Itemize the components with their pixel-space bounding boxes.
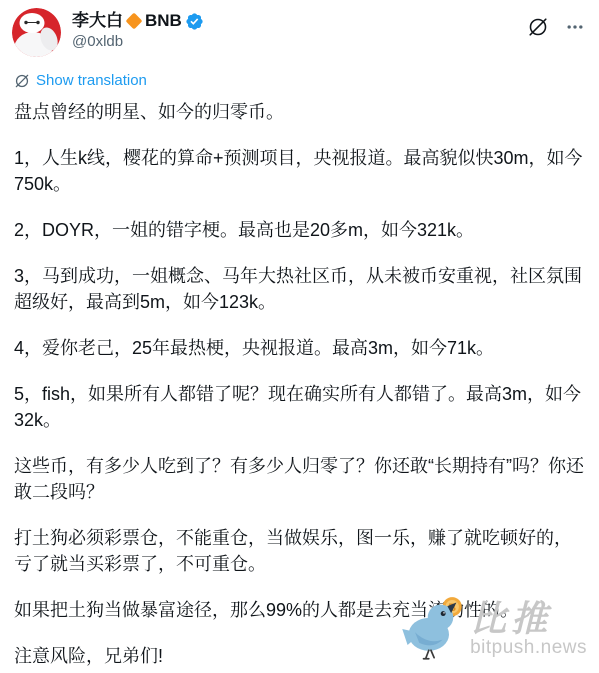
display-name-prefix: 李大白 (72, 11, 123, 31)
tweet-card: 李大白 BNB @0xldb (0, 0, 599, 673)
tweet-paragraph: 注意风险，兄弟们! (14, 643, 585, 669)
tweet-paragraph: 3，马到成功，一姐概念、马年大热社区币，从未被币安重视，社区氛围超级好，最高到5… (14, 263, 585, 315)
show-translation-label: Show translation (36, 71, 147, 91)
header-actions (527, 8, 585, 38)
more-ellipsis-icon[interactable] (565, 17, 585, 37)
grok-icon[interactable] (527, 16, 549, 38)
tweet-paragraph: 打土狗必须彩票仓，不能重仓，当做娱乐，图一乐，赚了就吃顿好的，亏了就当买彩票了，… (14, 525, 585, 577)
grok-translate-icon (14, 73, 30, 89)
tweet-paragraph: 盘点曾经的明星、如今的归零币。 (14, 99, 585, 125)
verified-badge-icon (185, 12, 204, 31)
baymax-avatar-image (12, 8, 61, 57)
user-handle[interactable]: @0xldb (72, 32, 204, 52)
tweet-paragraph: 2，DOYR，一姐的错字梗。最高也是20多m，如今321k。 (14, 217, 585, 243)
display-name-suffix: BNB (145, 11, 182, 31)
tweet-header: 李大白 BNB @0xldb (0, 0, 599, 57)
tweet-paragraph: 如果把土狗当做暴富途径，那么99%的人都是去充当流动性的。 (14, 597, 585, 623)
tweet-paragraph: 5，fish，如果所有人都错了呢？现在确实所有人都错了。最高3m，如今32k。 (14, 381, 585, 433)
tweet-text: 盘点曾经的明星、如今的归零币。 1，人生k线，樱花的算命+预测项目，央视报道。最… (0, 99, 599, 669)
tweet-paragraph: 1，人生k线，樱花的算命+预测项目，央视报道。最高貌似快30m，如今750k。 (14, 145, 585, 197)
display-name[interactable]: 李大白 BNB (72, 11, 204, 31)
orange-diamond-icon (126, 13, 143, 30)
tweet-paragraph: 4，爱你老己，25年最热梗，央视报道。最高3m，如今71k。 (14, 335, 585, 361)
user-names: 李大白 BNB @0xldb (72, 8, 204, 52)
show-translation-button[interactable]: Show translation (0, 71, 599, 91)
tweet-paragraph: 这些币，有多少人吃到了？有多少人归零了？你还敢“长期持有”吗？你还敢二段吗？ (14, 453, 585, 505)
avatar[interactable] (12, 8, 61, 57)
